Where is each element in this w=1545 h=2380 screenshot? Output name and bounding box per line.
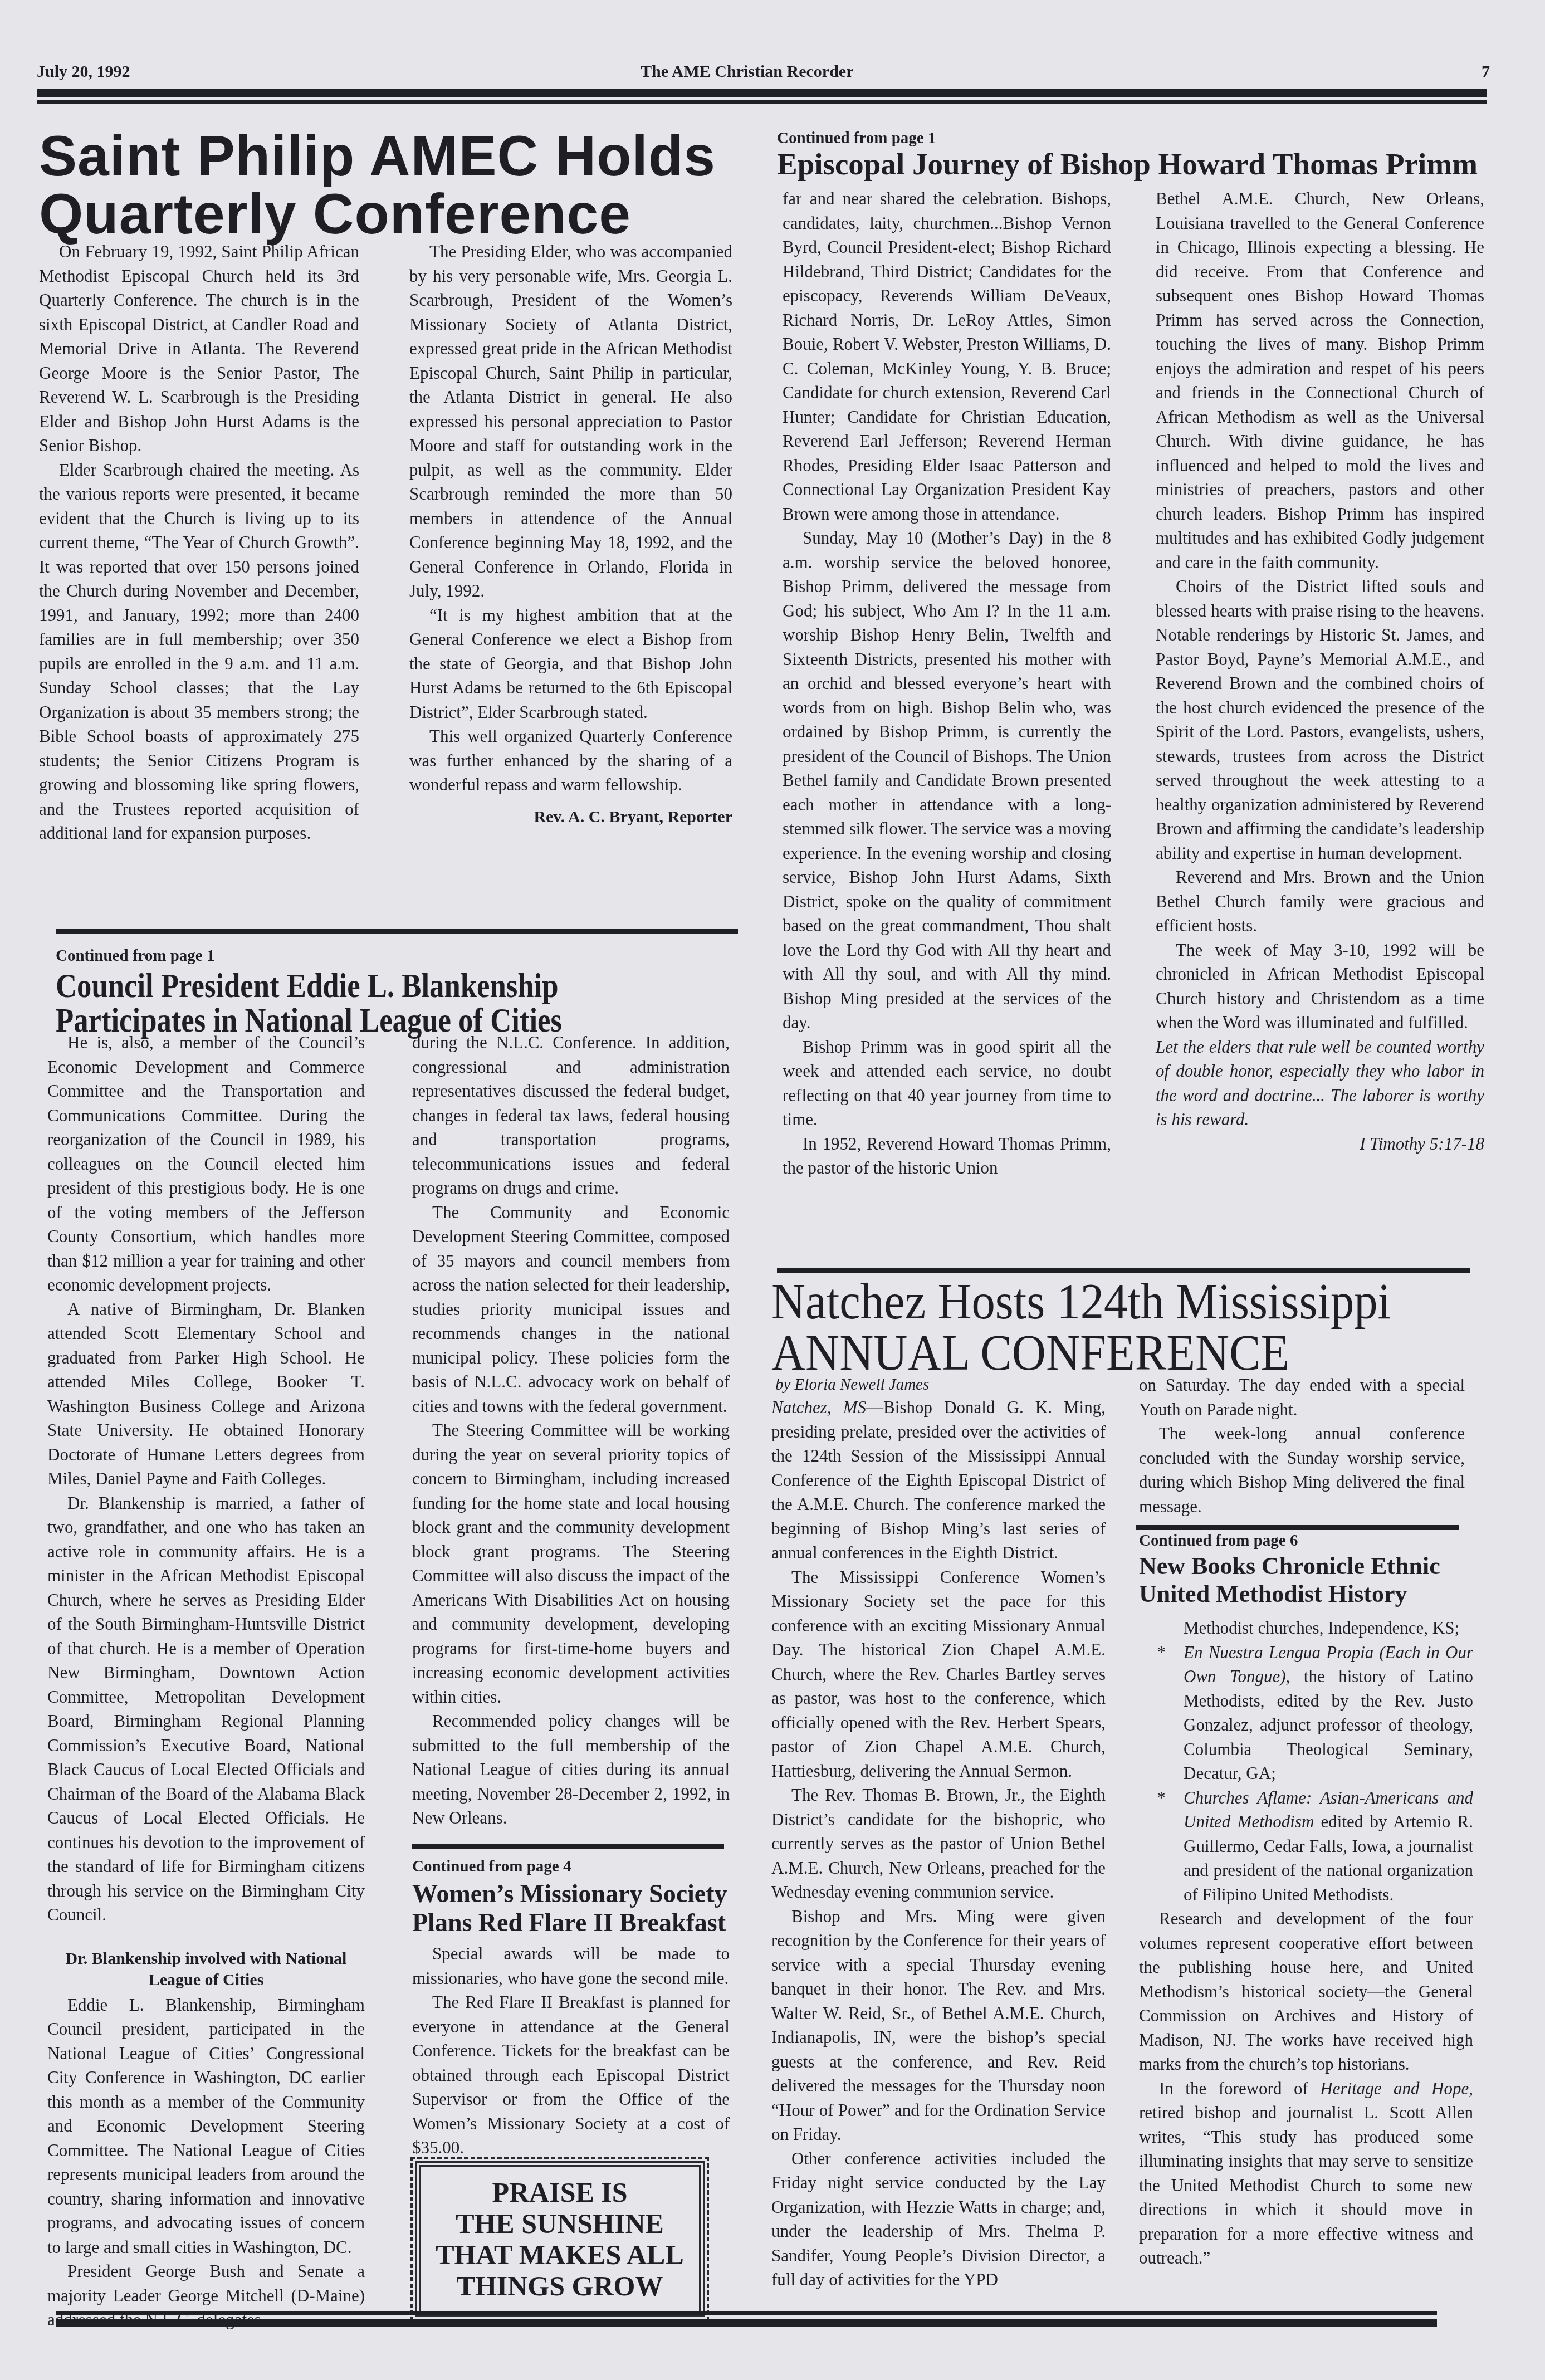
continued-kicker: Continued from page 4 (412, 1858, 730, 1876)
headline: Episcopal Journey of Bishop Howard Thoma… (777, 148, 1512, 181)
asterisk-bullet-icon: * (1139, 1786, 1184, 1907)
wms-body: Special awards will be made to missionar… (412, 1942, 730, 2160)
headline: Saint Philip AMEC Holds Quarterly Confer… (39, 127, 741, 243)
article-books: Continued from page 6 New Books Chronicl… (1139, 1532, 1473, 2270)
asterisk-bullet-icon: * (1139, 1640, 1184, 1786)
section-divider (56, 929, 738, 934)
blankenship-column-1: He is, also, a member of the Council’s E… (47, 1030, 365, 2332)
blankenship-column-2: during the N.L.C. Conference. In additio… (412, 1030, 730, 1830)
article-natchez-header: Natchez Hosts 124th Mississippi ANNUAL C… (771, 1275, 1512, 1378)
publication-name: The AME Christian Recorder (641, 62, 853, 81)
list-item: * Churches Aflame: Asian-Americans and U… (1139, 1786, 1473, 1907)
section-divider (1136, 1525, 1459, 1530)
natchez-column-1: Natchez, MS—Bishop Donald G. K. Ming, pr… (771, 1395, 1106, 2292)
headline: Women’s Missionary Society Plans Red Fla… (412, 1879, 730, 1937)
dateline: Natchez, MS (771, 1397, 866, 1417)
headline: New Books Chronicle Ethnic United Method… (1139, 1552, 1473, 1608)
saint-philip-column-1: On February 19, 1992, Saint Philip Afric… (39, 240, 359, 846)
book-title: Heritage and Hope (1320, 2079, 1469, 2098)
masthead-rule-thin (37, 100, 1487, 104)
article-primm-header: Continued from page 1 Episcopal Journey … (777, 129, 1512, 181)
masthead-rule-thick (37, 89, 1487, 97)
article-wms: Continued from page 4 Women’s Missionary… (412, 1858, 730, 2160)
list-item: * En Nuestra Lengua Propia (Each in Our … (1139, 1640, 1473, 1786)
list-item: Methodist churches, Independence, KS; (1139, 1616, 1473, 1640)
section-divider (777, 1268, 1470, 1273)
footer-rule-thin (56, 2311, 1437, 2315)
continued-kicker: Continued from page 1 (777, 129, 1512, 148)
page-number: 7 (1482, 62, 1490, 81)
issue-date: July 20, 1992 (37, 62, 130, 81)
headline: Council President Eddie L. Blankenship P… (56, 969, 638, 1038)
continued-kicker: Continued from page 1 (56, 947, 741, 965)
footer-rule-thick (56, 2319, 1437, 2327)
scripture-citation: I Timothy 5:17-18 (1156, 1132, 1484, 1156)
saint-philip-column-2: The Presiding Elder, who was accompanied… (409, 240, 732, 829)
scripture-quote: Let the elders that rule well be counted… (1156, 1035, 1484, 1132)
subheading: Dr. Blankenship involved with National L… (47, 1948, 365, 1991)
reporter-signoff: Rev. A. C. Bryant, Reporter (409, 805, 732, 829)
byline: by Eloria Newell James (775, 1376, 929, 1394)
article-blankenship-header: Continued from page 1 Council President … (56, 947, 741, 1038)
primm-column-2: Bethel A.M.E. Church, New Orleans, Louis… (1156, 187, 1484, 1156)
headline: Natchez Hosts 124th Mississippi ANNUAL C… (771, 1275, 1453, 1378)
article-saint-philip: Saint Philip AMEC Holds Quarterly Confer… (39, 127, 741, 243)
section-divider (412, 1844, 724, 1849)
natchez-column-2: on Saturday. The day ended with a specia… (1139, 1373, 1465, 1518)
primm-column-1: far and near shared the celebration. Bis… (783, 187, 1111, 1180)
books-body: Methodist churches, Independence, KS; * … (1139, 1616, 1473, 2270)
continued-kicker: Continued from page 6 (1139, 1532, 1473, 1550)
praise-filler-box: PRAISE IS THE SUNSHINE THAT MAKES ALL TH… (415, 2161, 705, 2317)
